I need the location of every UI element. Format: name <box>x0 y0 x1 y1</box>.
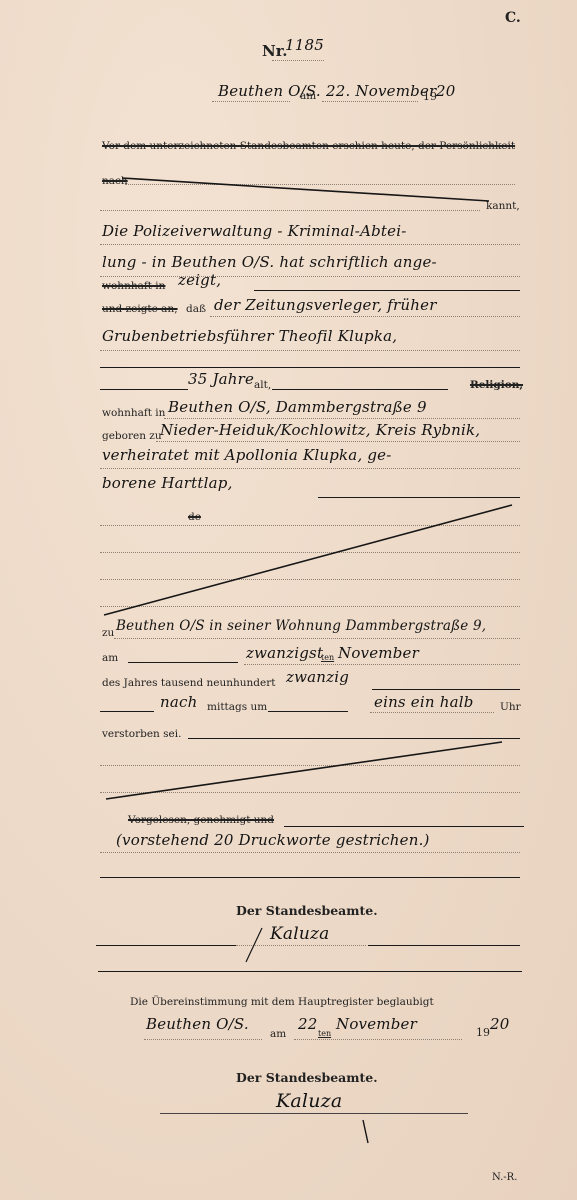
registration-year: 20 <box>436 82 456 100</box>
number-label: Nr. <box>262 42 287 60</box>
birthplace-label: geboren zu <box>102 430 162 442</box>
certification-year-prefix: 19 <box>476 1026 490 1039</box>
death-day: zwanzigst <box>246 644 323 662</box>
certification-signature: Kaluza <box>276 1090 342 1112</box>
signature-title: Der Standesbeamte. <box>236 903 378 918</box>
spouse-line-2: borene Harttlap, <box>102 474 233 492</box>
verstorben-label: verstorben sei. <box>102 728 181 740</box>
deceased-line-2: Grubenbetriebsführer Theofil Klupka, <box>102 327 397 345</box>
date-prefix: am <box>300 90 316 102</box>
strike-note: (vorstehend 20 Druckworte gestrichen.) <box>116 831 430 849</box>
certification-day: 22 <box>298 1015 318 1033</box>
dass-label: daß <box>186 303 206 315</box>
struck-und-zeigte-an: und zeigte an, <box>102 303 178 315</box>
year-label: des Jahres tausend neunhundert <box>102 677 275 689</box>
birthplace: Nieder-Heiduk/Kochlowitz, Kreis Rybnik, <box>160 421 480 439</box>
deceased-line-1: der Zeitungsverleger, früher <box>214 296 437 314</box>
ten-suffix: ten <box>321 653 334 662</box>
struck-nach: nach <box>102 175 128 187</box>
alt-label: alt, <box>254 379 271 391</box>
registrar-signature: Kaluza <box>270 924 330 944</box>
death-am-label: am <box>102 652 118 664</box>
year-prefix: 19 <box>423 90 437 103</box>
registration-date: 22. November <box>326 82 436 100</box>
spouse-line-1: verheiratet mit Apollonia Klupka, ge- <box>102 446 392 464</box>
struck-intro-line: Vor dem unterzeichneten Standesbeamten e… <box>102 140 515 152</box>
footer-mark: N.-R. <box>492 1172 517 1183</box>
struck-de: de <box>188 511 201 523</box>
record-number: 1185 <box>285 36 324 54</box>
certification-month: November <box>336 1015 417 1033</box>
certification-ten-suffix: ten <box>318 1029 331 1038</box>
death-year: zwanzig <box>286 668 349 686</box>
uhr-label: Uhr <box>500 701 521 713</box>
certification-year: 20 <box>490 1015 510 1033</box>
mittags-label: mittags um <box>207 701 267 713</box>
certification-signature-title: Der Standesbeamte. <box>236 1070 378 1085</box>
residence: Beuthen O/S, Dammbergstraße 9 <box>168 398 427 416</box>
death-month: November <box>338 644 419 662</box>
certification-am-label: am <box>270 1028 286 1040</box>
form-letter: C. <box>505 10 521 26</box>
struck-religion: Religion, <box>470 379 523 391</box>
informant-line-3: zeigt, <box>178 271 221 289</box>
age: 35 Jahre <box>188 370 254 388</box>
struck-wohnhaft: wohnhaft in <box>102 280 165 292</box>
residence-label: wohnhaft in <box>102 407 165 419</box>
death-time: eins ein halb <box>374 693 474 711</box>
kannt-label: kannt, <box>486 200 520 212</box>
certification-text: Die Übereinstimmung mit dem Hauptregiste… <box>130 996 434 1008</box>
informant-line-2: lung - in Beuthen O/S. hat schriftlich a… <box>102 253 437 271</box>
informant-line-1: Die Polizeiverwaltung - Kriminal-Abtei- <box>102 222 406 240</box>
death-place: Beuthen O/S in seiner Wohnung Dammbergst… <box>116 618 486 634</box>
death-place-label: zu <box>102 627 114 639</box>
certification-place: Beuthen O/S. <box>146 1015 249 1033</box>
day-period: nach <box>160 693 197 711</box>
struck-vorgelesen: Vorgelesen, genehmigt und <box>128 814 274 826</box>
